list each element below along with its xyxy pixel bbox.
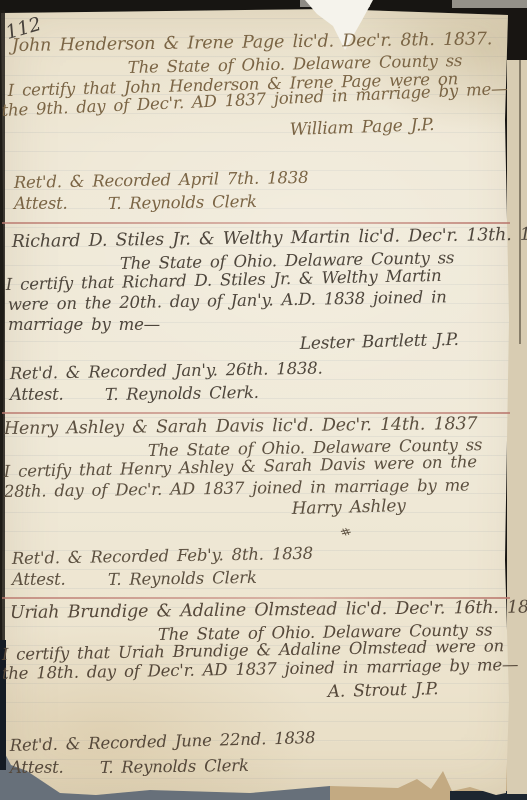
- attest-label: Attest.: [14, 196, 68, 213]
- marriage-record-ledger-scan: 112 John Henderson & Irene Page lic'd. D…: [0, 0, 527, 800]
- entry-body-line: marriage by me—: [8, 317, 160, 334]
- clerk-signature: T. Reynolds Clerk: [108, 570, 257, 589]
- clerk-signature: T. Reynolds Clerk: [108, 194, 257, 213]
- officiant-signature: William Page J.P.: [289, 117, 434, 139]
- attest-label: Attest.: [10, 760, 64, 777]
- adjacent-page-edge-line: [519, 14, 521, 344]
- clerk-signature: T. Reynolds Clerk.: [105, 385, 259, 404]
- officiant-signature: Lester Bartlett J.P.: [300, 332, 459, 353]
- attest-label: Attest.: [12, 572, 66, 589]
- officiant-signature: A. Strout J.P.: [328, 681, 439, 701]
- binding-highlight: [452, 0, 527, 8]
- officiant-signature: Harry Ashley: [292, 498, 406, 518]
- clerk-signature: T. Reynolds Clerk: [100, 758, 249, 777]
- adjacent-page-edge: [507, 14, 527, 794]
- attest-label: Attest.: [10, 387, 64, 404]
- book-binding-top-edge: [0, 0, 527, 9]
- entry-separator-rule: [2, 222, 510, 224]
